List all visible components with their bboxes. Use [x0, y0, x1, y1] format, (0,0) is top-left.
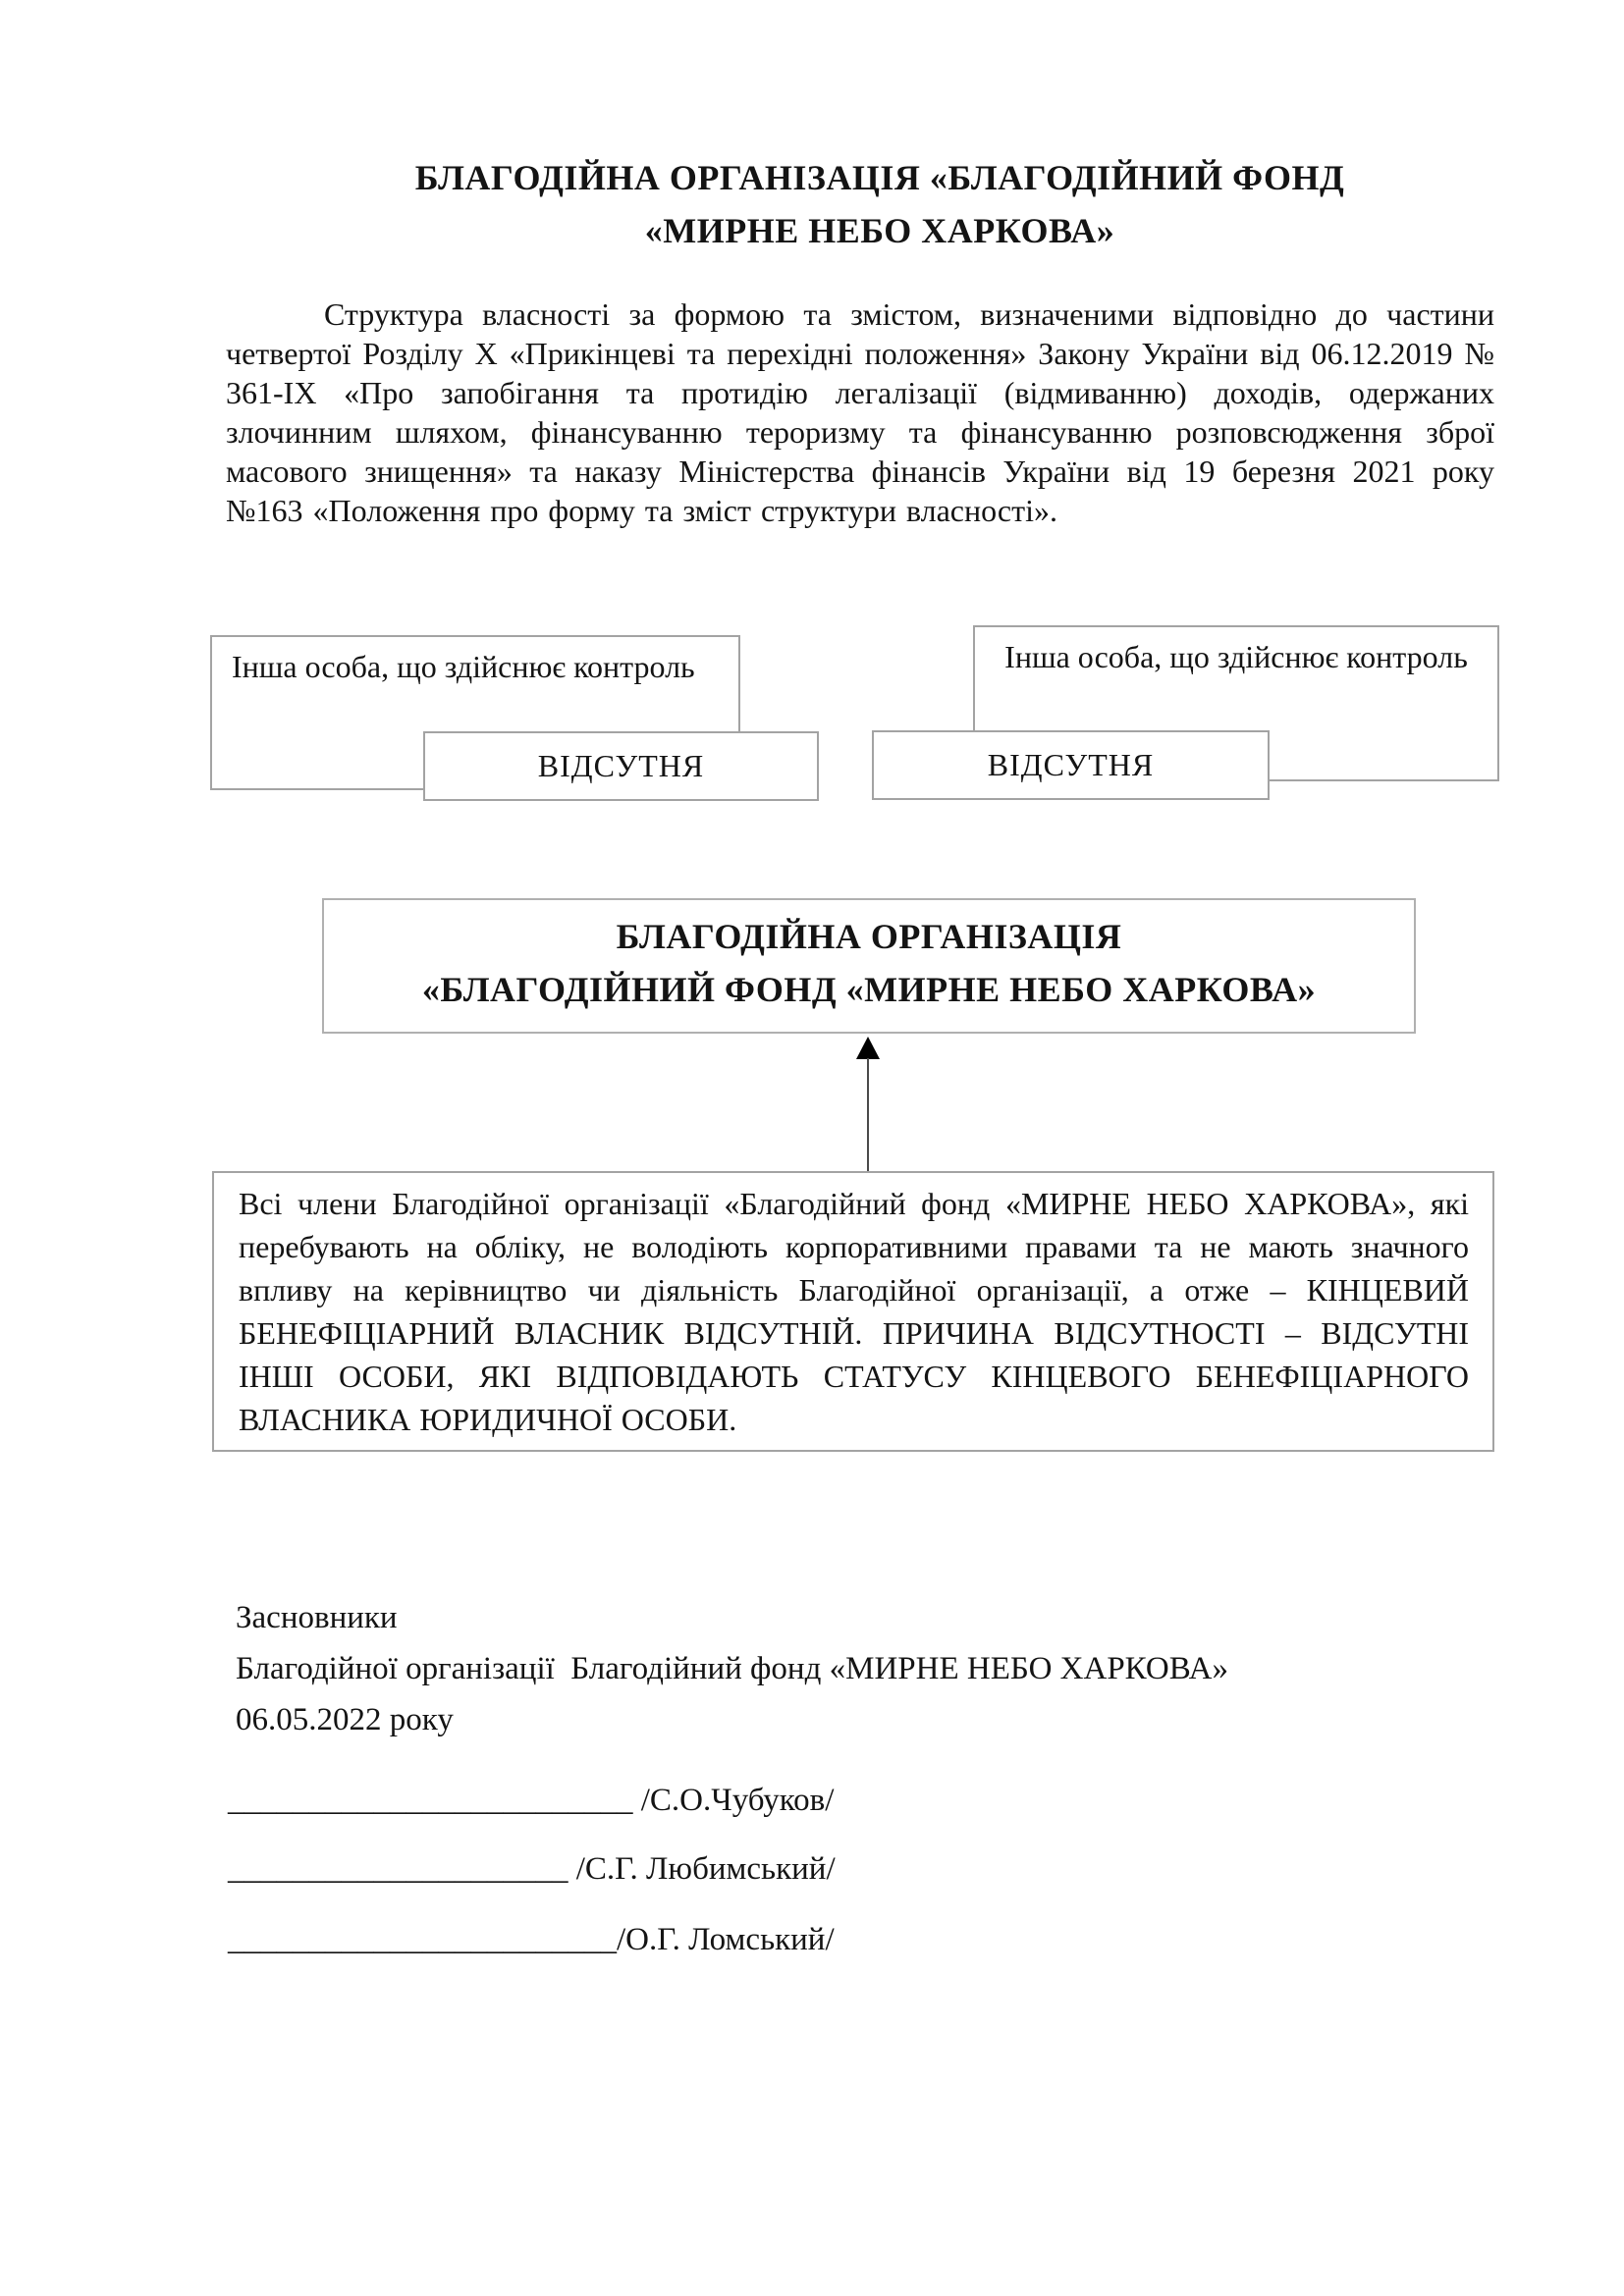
- control-person-label-right: Інша особа, що здійснює контроль: [975, 627, 1497, 675]
- founders-organization-line: Благодійної організації Благодійний фонд…: [236, 1643, 1512, 1694]
- organization-box-line2: «БЛАГОДІЙНИЙ ФОНД «МИРНЕ НЕБО ХАРКОВА»: [324, 963, 1414, 1016]
- organization-box: БЛАГОДІЙНА ОРГАНІЗАЦІЯ «БЛАГОДІЙНИЙ ФОНД…: [322, 898, 1416, 1034]
- ownership-structure-document: БЛАГОДІЙНА ОРГАНІЗАЦІЯ «БЛАГОДІЙНИЙ ФОНД…: [0, 0, 1624, 2296]
- founders-block: Засновники Благодійної організації Благо…: [236, 1592, 1512, 1745]
- organization-box-line1: БЛАГОДІЙНА ОРГАНІЗАЦІЯ: [324, 910, 1414, 963]
- absent-box-right: ВІДСУТНЯ: [872, 730, 1270, 800]
- signature-line-lomskyi: ________________________/О.Г. Ломський/: [228, 1920, 1504, 1959]
- document-title-line1: БЛАГОДІЙНА ОРГАНІЗАЦІЯ «БЛАГОДІЙНИЙ ФОНД: [238, 151, 1522, 204]
- absent-label-right: ВІДСУТНЯ: [988, 747, 1154, 783]
- founders-date-line: 06.05.2022 року: [236, 1694, 1512, 1745]
- founders-heading: Засновники: [236, 1592, 1512, 1643]
- intro-paragraph: Структура власності за формою та змістом…: [226, 294, 1494, 530]
- document-title: БЛАГОДІЙНА ОРГАНІЗАЦІЯ «БЛАГОДІЙНИЙ ФОНД…: [238, 151, 1522, 257]
- signature-line-lyubymskyi: _____________________ /С.Г. Любимський/: [228, 1849, 1504, 1889]
- up-arrow-head-icon: [856, 1037, 880, 1059]
- up-arrow-line: [867, 1058, 869, 1171]
- document-title-line2: «МИРНЕ НЕБО ХАРКОВА»: [238, 204, 1522, 257]
- absent-box-left: ВІДСУТНЯ: [423, 731, 819, 801]
- control-person-label-left: Інша особа, що здійснює контроль: [212, 637, 738, 685]
- beneficiary-note-box: Всі члени Благодійної організації «Благо…: [212, 1171, 1494, 1452]
- absent-label-left: ВІДСУТНЯ: [538, 748, 704, 784]
- signature-line-chubukov: _________________________ /С.О.Чубуков/: [228, 1781, 1504, 1820]
